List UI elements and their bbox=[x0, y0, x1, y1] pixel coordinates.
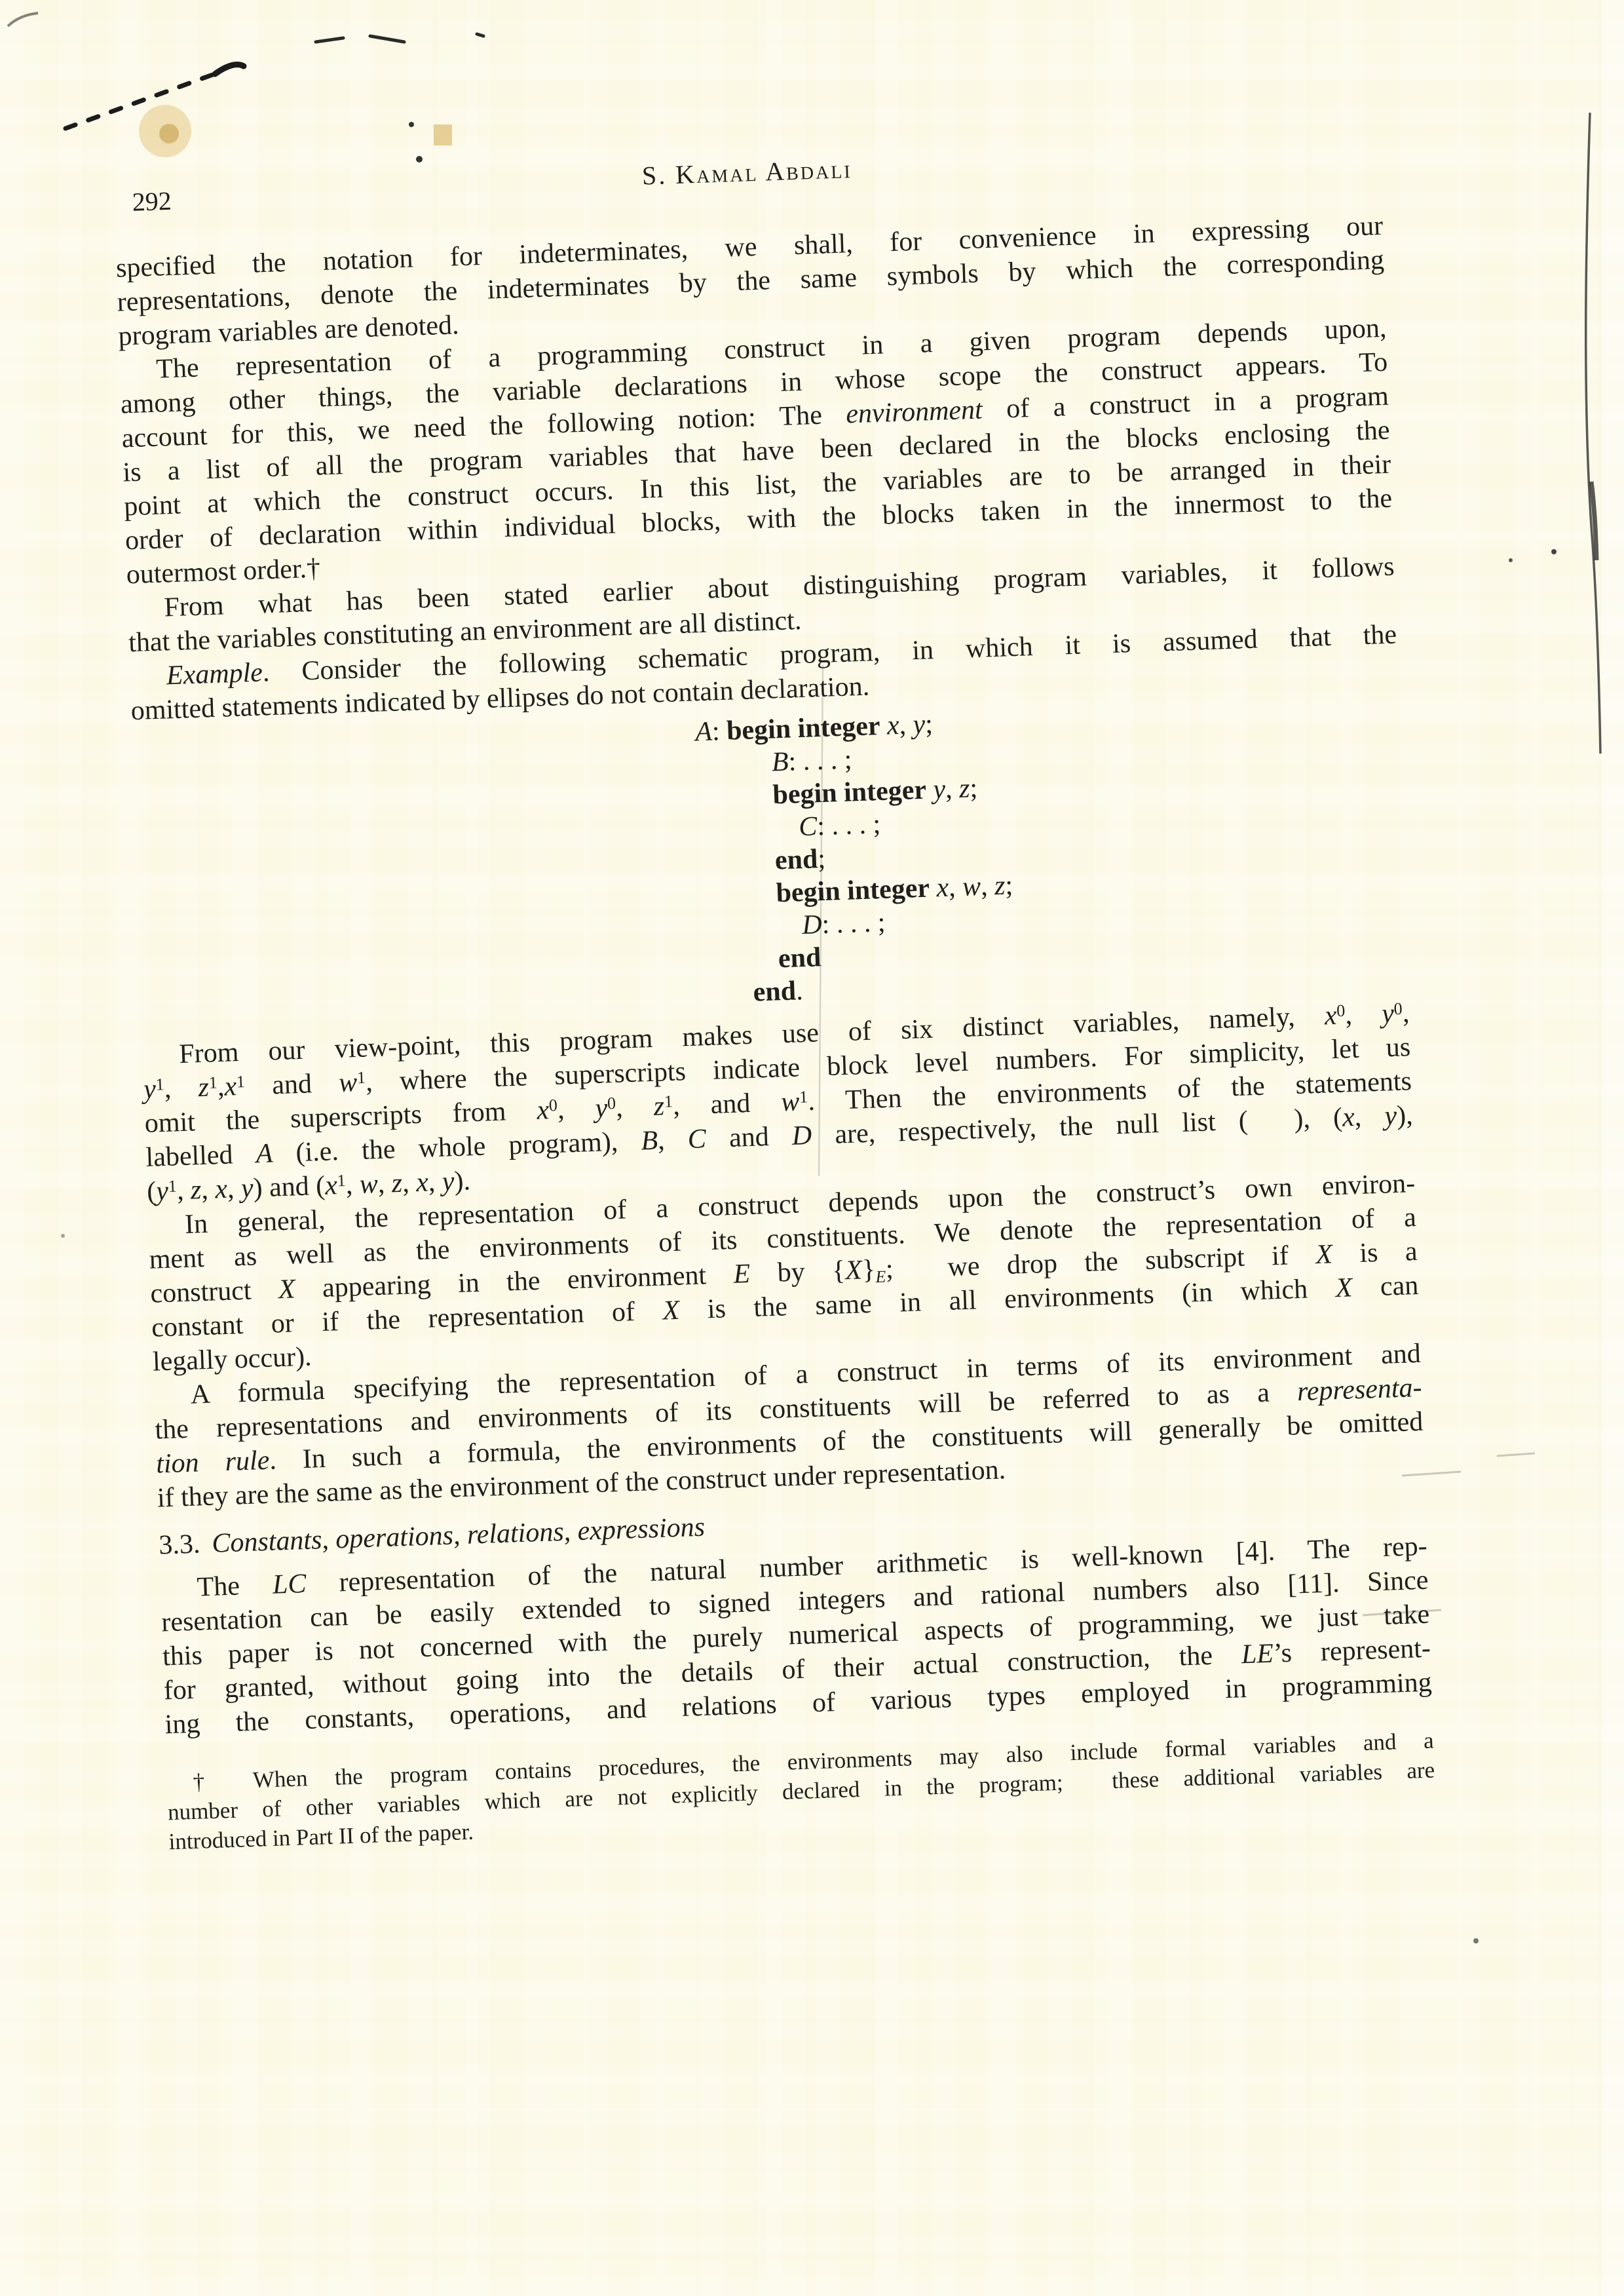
section-number: 3.3. bbox=[159, 1529, 201, 1560]
page-edge-line bbox=[1586, 113, 1600, 754]
pen-specks bbox=[316, 34, 483, 42]
paragraph-lc-representation: The LC representation of the natural num… bbox=[160, 1529, 1433, 1742]
paragraph-environment-notion: The representation of a programming cons… bbox=[119, 311, 1393, 592]
page-body: 292 S. Kamal Abdali specified the notati… bbox=[113, 134, 1436, 1856]
footnote: † When the program contains procedures, … bbox=[166, 1726, 1436, 1857]
pen-scribble-hook bbox=[215, 64, 244, 74]
speck bbox=[61, 1234, 65, 1238]
ink-dot bbox=[416, 156, 423, 163]
pen-mark-corner bbox=[8, 13, 38, 26]
page-header: 292 S. Kamal Abdali bbox=[113, 134, 1381, 212]
stain-blob bbox=[139, 105, 191, 157]
speck bbox=[1473, 1938, 1479, 1943]
ink-dot bbox=[409, 122, 414, 127]
code-block-schematic-program: A: begin integer x, y;B: . . . ;begin in… bbox=[132, 692, 1408, 1029]
stain-blob-center bbox=[159, 124, 179, 143]
section-title: Constants, operations, relations, expres… bbox=[212, 1512, 706, 1559]
pen-scribble bbox=[66, 73, 216, 128]
speck bbox=[1551, 549, 1557, 554]
running-head: S. Kamal Abdali bbox=[641, 152, 852, 193]
page-edge-highlight bbox=[1602, 0, 1624, 2296]
page-edge-thick bbox=[1591, 482, 1596, 560]
page-number: 292 bbox=[132, 184, 172, 220]
stain-speck bbox=[434, 124, 452, 145]
speck bbox=[1509, 558, 1513, 562]
